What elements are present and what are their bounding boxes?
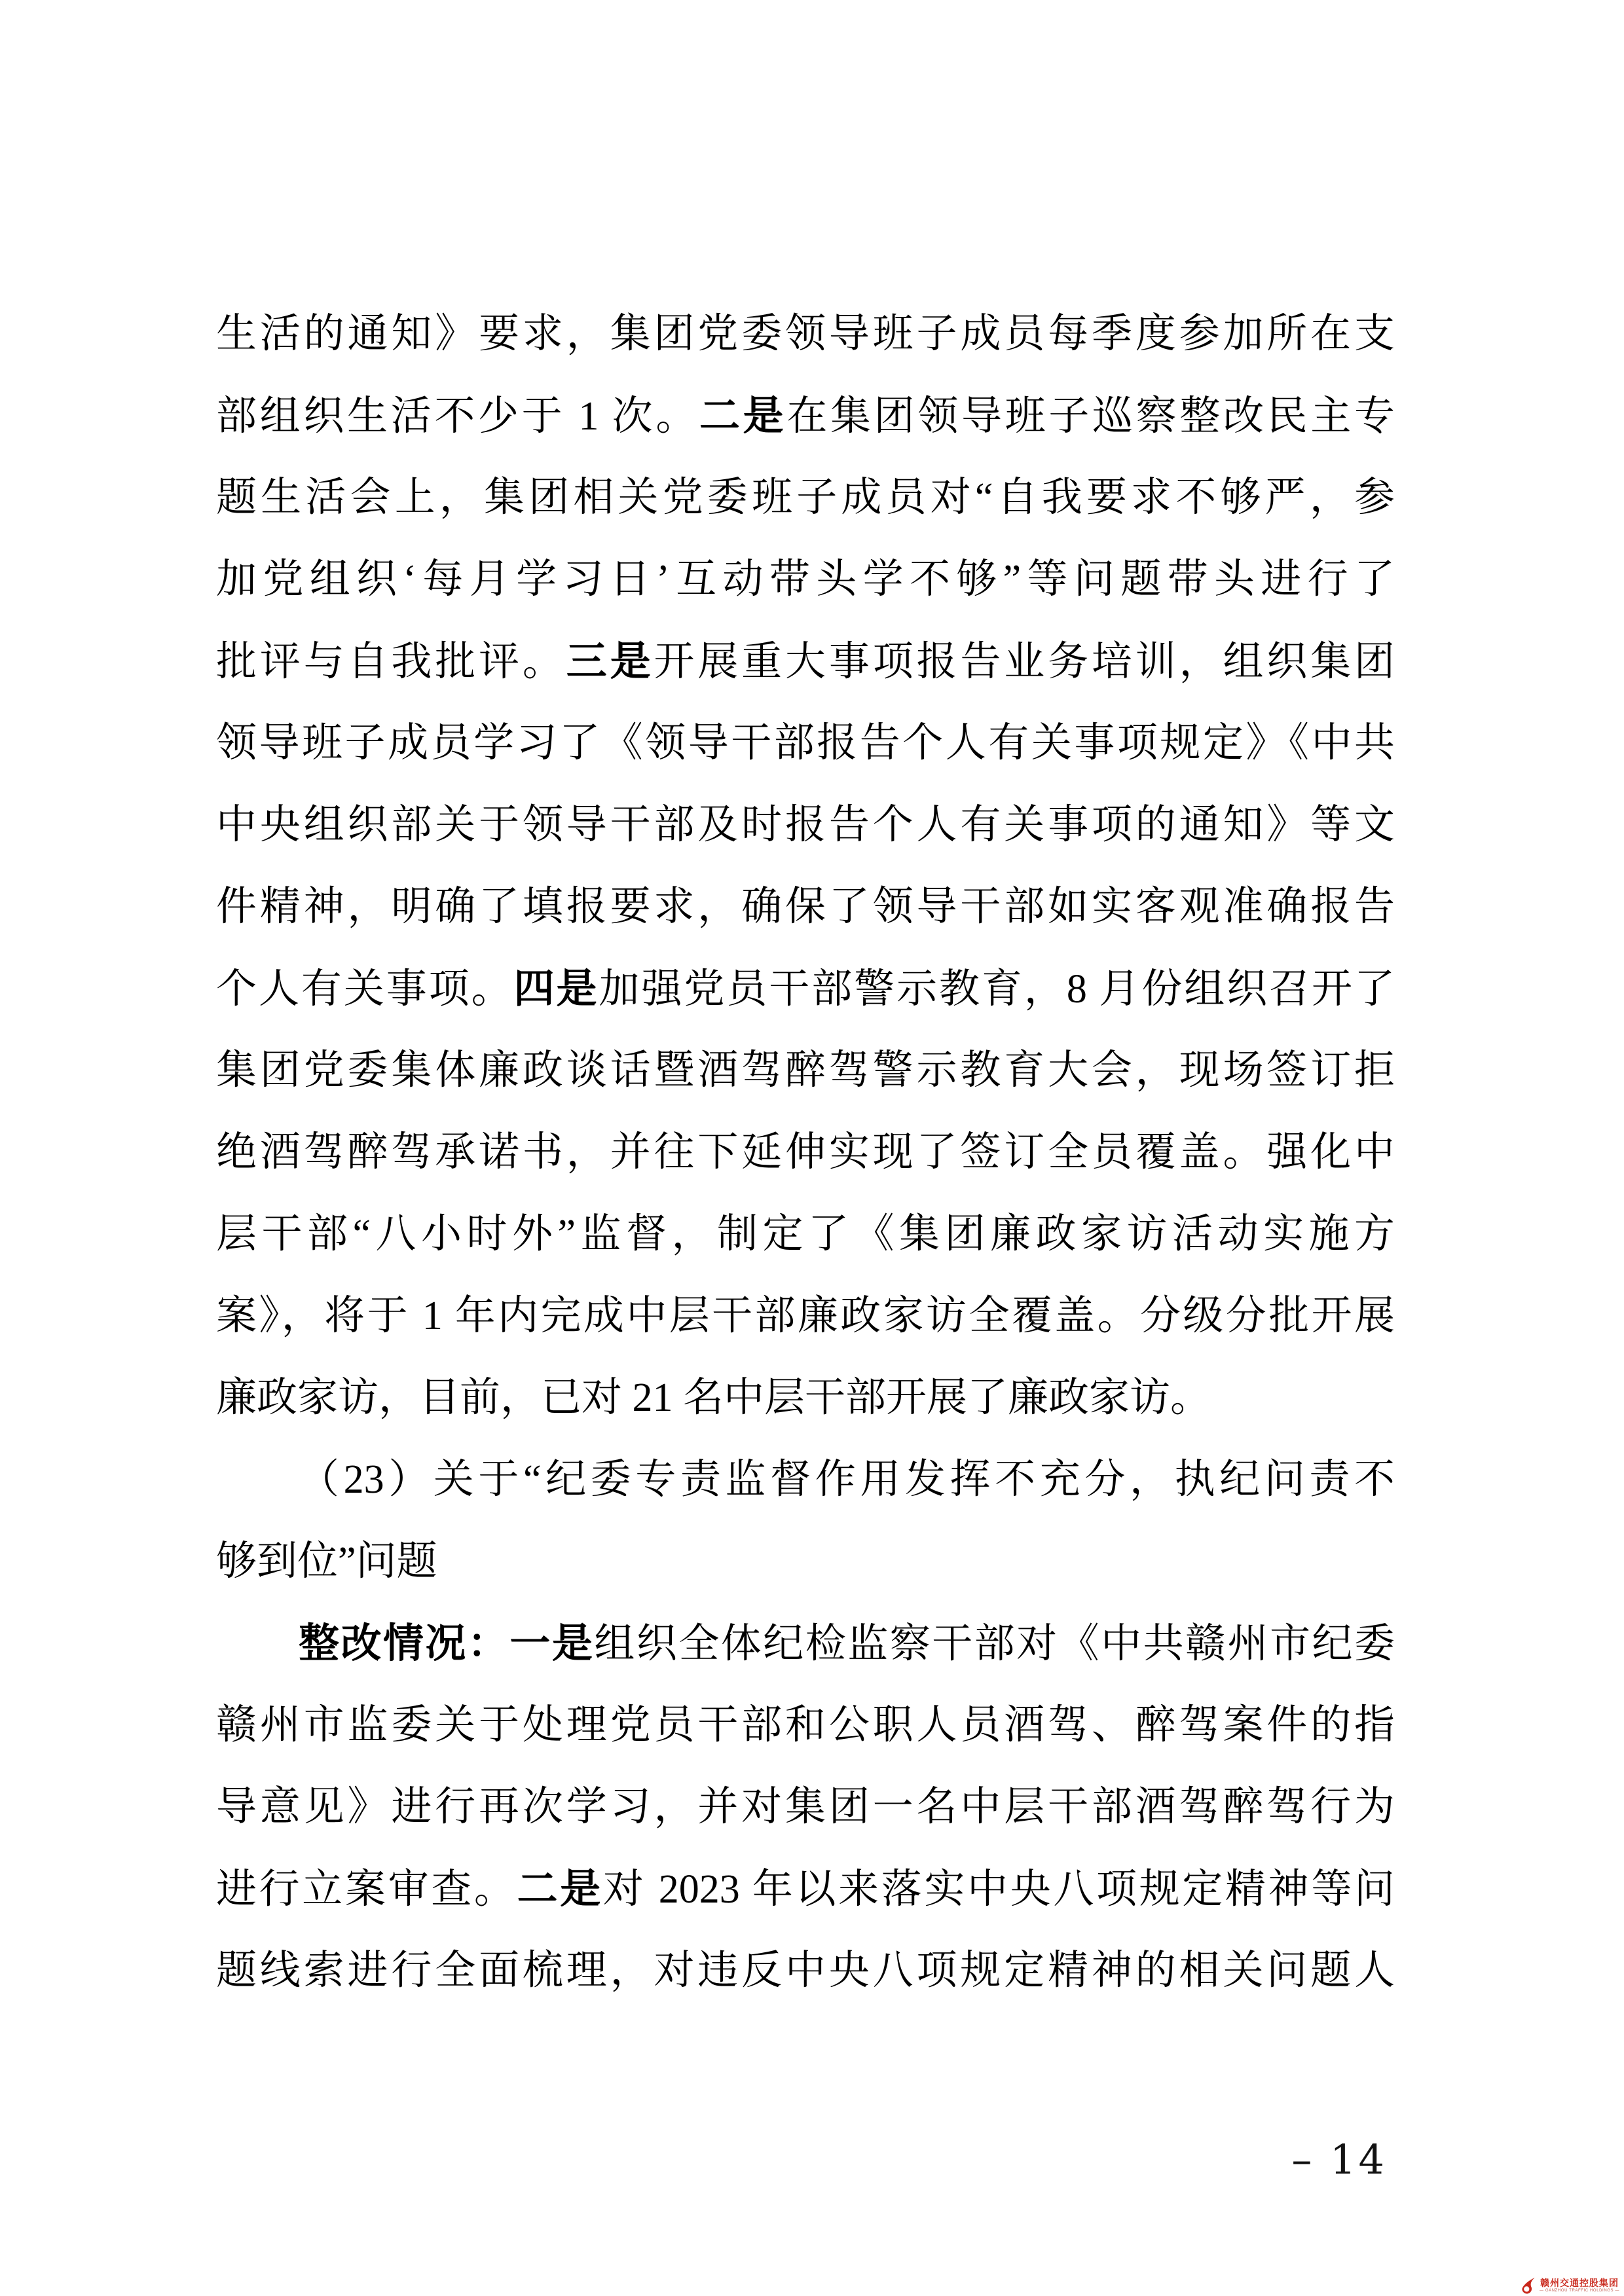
watermark-logo: 赣州交通控股集团 — GANZHOU TRAFFIC HOLDINGS — [1519, 2277, 1619, 2294]
company-name-en: — GANZHOU TRAFFIC HOLDINGS — [1540, 2288, 1619, 2293]
text-line: 生活的通知》要求，集团党委领导班子成员每季度参加所在支 [216, 293, 1395, 375]
bold-text-segment: 二是 [699, 393, 786, 439]
text-segment: （23）关于“纪委专责监督作用发挥不充分，执纪问责不 [299, 1457, 1395, 1502]
text-line: 案》，将于 1 年内完成中层干部廉政家访全覆盖。分级分批开展 [216, 1275, 1395, 1357]
text-segment: 件精神，明确了填报要求，确保了领导干部如实客观准确报告 [216, 884, 1395, 929]
text-segment: 中央组织部关于领导干部及时报告个人有关事项的通知》等文 [216, 803, 1395, 847]
text-segment: 导意见》进行再次学习，并对集团一名中层干部酒驾醉驾行为 [216, 1785, 1395, 1829]
text-line: 领导班子成员学习了《领导干部报告个人有关事项规定》《中共 [216, 702, 1395, 784]
text-segment: 加党组织‘每月学习日’互动带头学不够”等问题带头进行了 [216, 557, 1395, 602]
text-line: 题线索进行全面梳理，对违反中央八项规定精神的相关问题人 [216, 1930, 1395, 2012]
page-number: – 14 [1291, 2136, 1387, 2183]
text-segment: 个人有关事项。 [216, 967, 514, 1011]
text-segment: 加强党员干部警示教育，8 月份组织召开了 [599, 967, 1395, 1011]
company-logo-icon [1519, 2277, 1536, 2294]
text-line: 加党组织‘每月学习日’互动带头学不够”等问题带头进行了 [216, 539, 1395, 621]
text-segment: 开展重大事项报告业务培训，组织集团 [654, 640, 1395, 684]
text-line: 廉政家访，目前，已对 21 名中层干部开展了廉政家访。 [216, 1357, 1395, 1439]
text-line: 层干部“八小时外”监督，制定了《集团廉政家访活动实施方 [216, 1194, 1395, 1275]
text-segment: 赣州市监委关于处理党员干部和公职人员酒驾、醉驾案件的指 [216, 1703, 1395, 1747]
text-segment: 组织全体纪检监察干部对《中共赣州市纪委 [594, 1622, 1395, 1666]
text-segment: 批评与自我批评。 [216, 640, 566, 684]
text-segment: 在集团领导班子巡察整改民主专 [786, 394, 1395, 439]
text-segment: 绝酒驾醉驾承诺书，并往下延伸实现了签订全员覆盖。强化中 [216, 1130, 1395, 1175]
document-body: 生活的通知》要求，集团党委领导班子成员每季度参加所在支部组织生活不少于 1 次。… [216, 293, 1395, 2012]
text-segment: 层干部“八小时外”监督，制定了《集团廉政家访活动实施方 [216, 1212, 1395, 1256]
text-segment: 题生活会上，集团相关党委班子成员对“自我要求不够严，参 [216, 475, 1395, 520]
text-segment: 廉政家访，目前，已对 21 名中层干部开展了廉政家访。 [216, 1376, 1211, 1420]
text-segment: 案》，将于 1 年内完成中层干部廉政家访全覆盖。分级分批开展 [216, 1294, 1395, 1338]
text-line: 整改情况：一是组织全体纪检监察干部对《中共赣州市纪委 [216, 1603, 1395, 1685]
text-line: 集团党委集体廉政谈话暨酒驾醉驾警示教育大会，现场签订拒 [216, 1030, 1395, 1112]
text-segment: 集团党委集体廉政谈话暨酒驾醉驾警示教育大会，现场签订拒 [216, 1048, 1395, 1093]
document-page: 生活的通知》要求，集团党委领导班子成员每季度参加所在支部组织生活不少于 1 次。… [0, 0, 1624, 2296]
text-line: 中央组织部关于领导干部及时报告个人有关事项的通知》等文 [216, 784, 1395, 866]
text-line: 进行立案审查。二是对 2023 年以来落实中央八项规定精神等问 [216, 1848, 1395, 1930]
text-segment: 对 2023 年以来落实中央八项规定精神等问 [603, 1867, 1395, 1912]
text-line: 够到位”问题 [216, 1521, 1395, 1603]
text-line: 部组织生活不少于 1 次。二是在集团领导班子巡察整改民主专 [216, 375, 1395, 457]
text-line: （23）关于“纪委专责监督作用发挥不充分，执纪问责不 [216, 1439, 1395, 1521]
text-line: 绝酒驾醉驾承诺书，并往下延伸实现了签订全员覆盖。强化中 [216, 1112, 1395, 1194]
text-segment: 生活的通知》要求，集团党委领导班子成员每季度参加所在支 [216, 312, 1395, 356]
text-line: 赣州市监委关于处理党员干部和公职人员酒驾、醉驾案件的指 [216, 1685, 1395, 1766]
text-segment: 进行立案审查。 [216, 1867, 517, 1912]
text-segment: 够到位”问题 [216, 1539, 437, 1584]
bold-text-segment: 二是 [517, 1867, 603, 1912]
text-line: 件精神，明确了填报要求，确保了领导干部如实客观准确报告 [216, 866, 1395, 948]
text-segment: 题线索进行全面梳理，对违反中央八项规定精神的相关问题人 [216, 1948, 1395, 1993]
text-line: 题生活会上，集团相关党委班子成员对“自我要求不够严，参 [216, 457, 1395, 539]
text-line: 个人有关事项。四是加强党员干部警示教育，8 月份组织召开了 [216, 948, 1395, 1030]
bold-text-segment: 整改情况：一是 [299, 1621, 594, 1666]
text-segment: 部组织生活不少于 1 次。 [216, 394, 699, 439]
text-line: 导意见》进行再次学习，并对集团一名中层干部酒驾醉驾行为 [216, 1766, 1395, 1848]
text-segment: 领导班子成员学习了《领导干部报告个人有关事项规定》《中共 [216, 721, 1395, 765]
company-name-cn: 赣州交通控股集团 [1540, 2278, 1619, 2288]
text-line: 批评与自我批评。三是开展重大事项报告业务培训，组织集团 [216, 621, 1395, 702]
bold-text-segment: 四是 [514, 966, 599, 1011]
bold-text-segment: 三是 [566, 639, 654, 684]
company-name-block: 赣州交通控股集团 — GANZHOU TRAFFIC HOLDINGS — [1540, 2278, 1619, 2293]
